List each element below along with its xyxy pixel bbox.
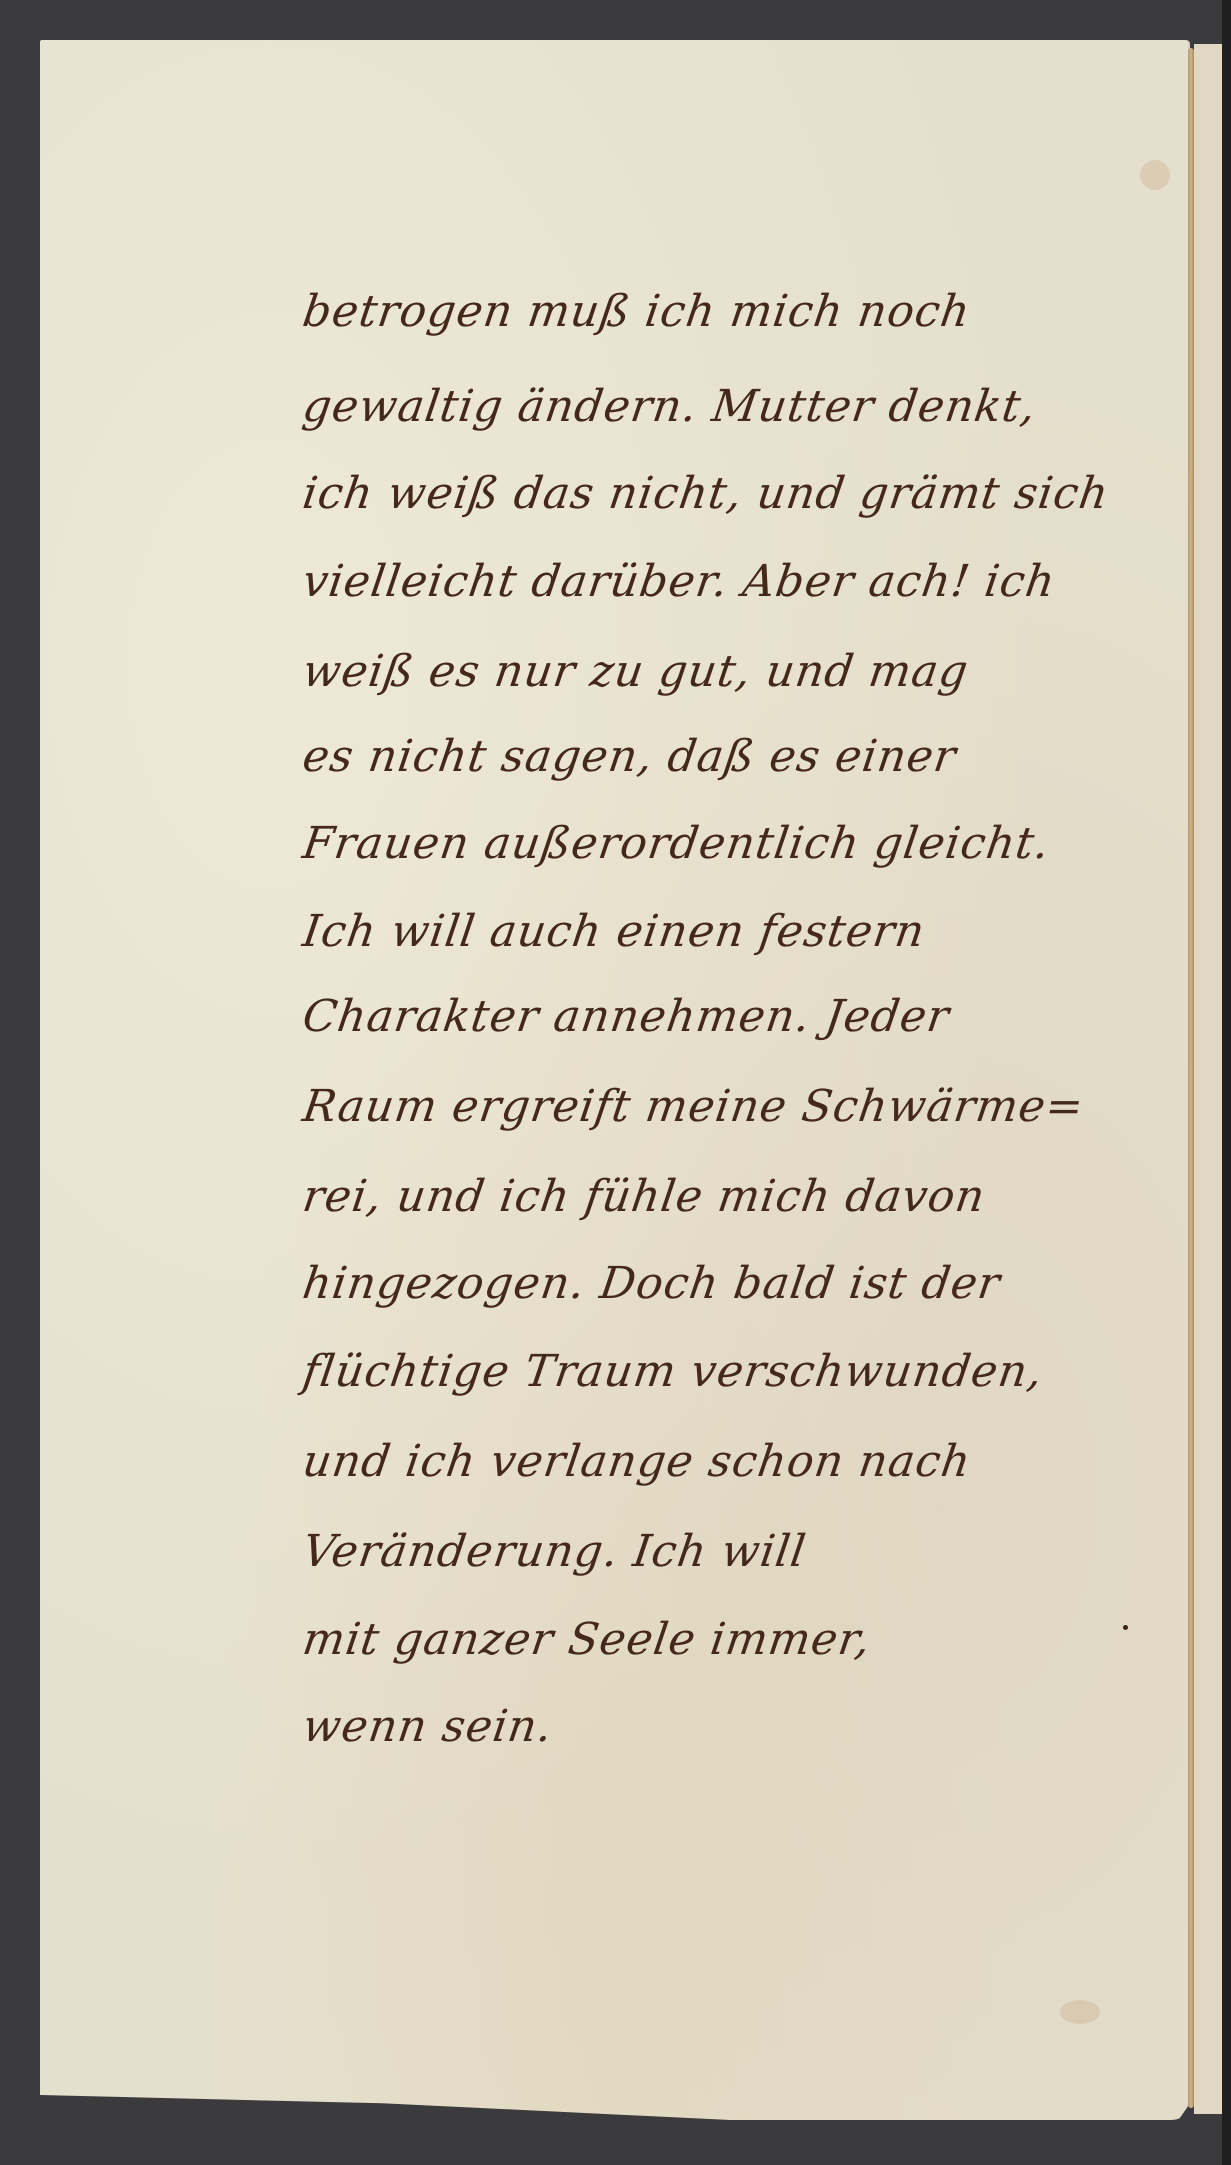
text-line-16: mit ganzer Seele immer,	[300, 1618, 874, 1662]
text-line-13: flüchtige Traum verschwunden,	[300, 1350, 1046, 1394]
paper-stain	[1140, 160, 1170, 190]
ink-speck	[1123, 1625, 1128, 1630]
book-binding	[1222, 0, 1231, 2165]
text-line-5: weiß es nur zu gut, und mag	[300, 650, 971, 694]
text-line-3: ich weiß das nicht, und grämt sich	[300, 472, 1112, 516]
next-page-edge	[1194, 44, 1224, 2114]
text-line-4: vielleicht darüber. Aber ach! ich	[300, 560, 1058, 604]
text-line-14: und ich verlange schon nach	[300, 1440, 974, 1484]
page-crease	[1188, 48, 1194, 2108]
text-line-12: hingezogen. Doch bald ist der	[300, 1262, 1003, 1306]
text-line-10: Raum ergreift meine Schwärme=	[300, 1085, 1087, 1129]
manuscript-page	[40, 40, 1190, 2120]
text-line-9: Charakter annehmen. Jeder	[300, 995, 952, 1039]
text-line-7: Frauen außerordentlich gleicht.	[300, 822, 1053, 866]
text-line-1: betrogen muß ich mich noch	[300, 290, 973, 334]
text-line-6: es nicht sagen, daß es einer	[300, 735, 959, 779]
paper-stain	[1060, 2000, 1100, 2024]
text-line-17: wenn sein.	[300, 1705, 556, 1749]
text-line-11: rei, und ich fühle mich davon	[300, 1175, 988, 1219]
manuscript-scan: betrogen muß ich mich noch gewaltig ände…	[0, 0, 1231, 2165]
text-line-8: Ich will auch einen festern	[300, 910, 928, 954]
text-line-2: gewaltig ändern. Mutter denkt,	[300, 385, 1039, 429]
text-line-15: Veränderung. Ich will	[300, 1530, 809, 1574]
